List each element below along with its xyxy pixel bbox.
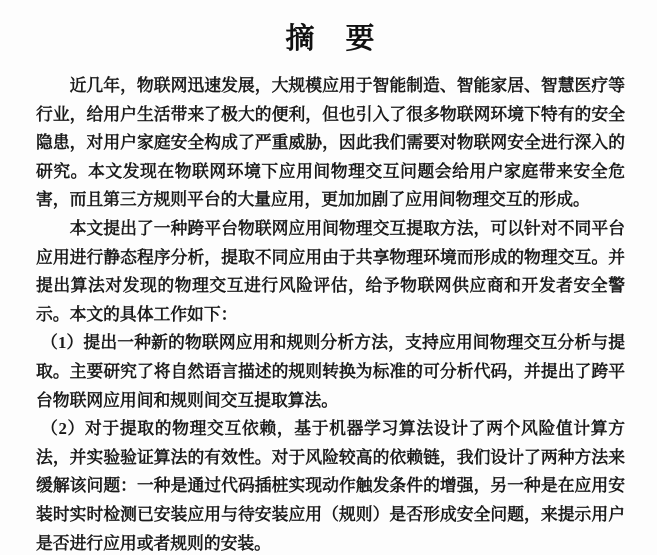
paragraph-intro: 近几年，物联网迅速发展，大规模应用于智能制造、智能家居、智慧医疗等行业，给用户生… [36, 72, 625, 215]
paragraph-contribution-1: （1）提出一种新的物联网应用和规则分析方法，支持应用间物理交互分析与提取。主要研… [36, 329, 625, 415]
abstract-page: 摘 要 近几年，物联网迅速发展，大规模应用于智能制造、智能家居、智慧医疗等行业，… [0, 0, 657, 555]
paragraph-method: 本文提出了一种跨平台物联网应用间物理交互提取方法，可以针对不同平台应用进行静态程… [36, 215, 625, 329]
paragraph-contribution-2: （2）对于提取的物理交互依赖，基于机器学习算法设计了两个风险值计算方法，并实验验… [36, 415, 625, 555]
abstract-body: 近几年，物联网迅速发展，大规模应用于智能制造、智能家居、智慧医疗等行业，给用户生… [36, 72, 625, 555]
abstract-title: 摘 要 [36, 22, 625, 56]
